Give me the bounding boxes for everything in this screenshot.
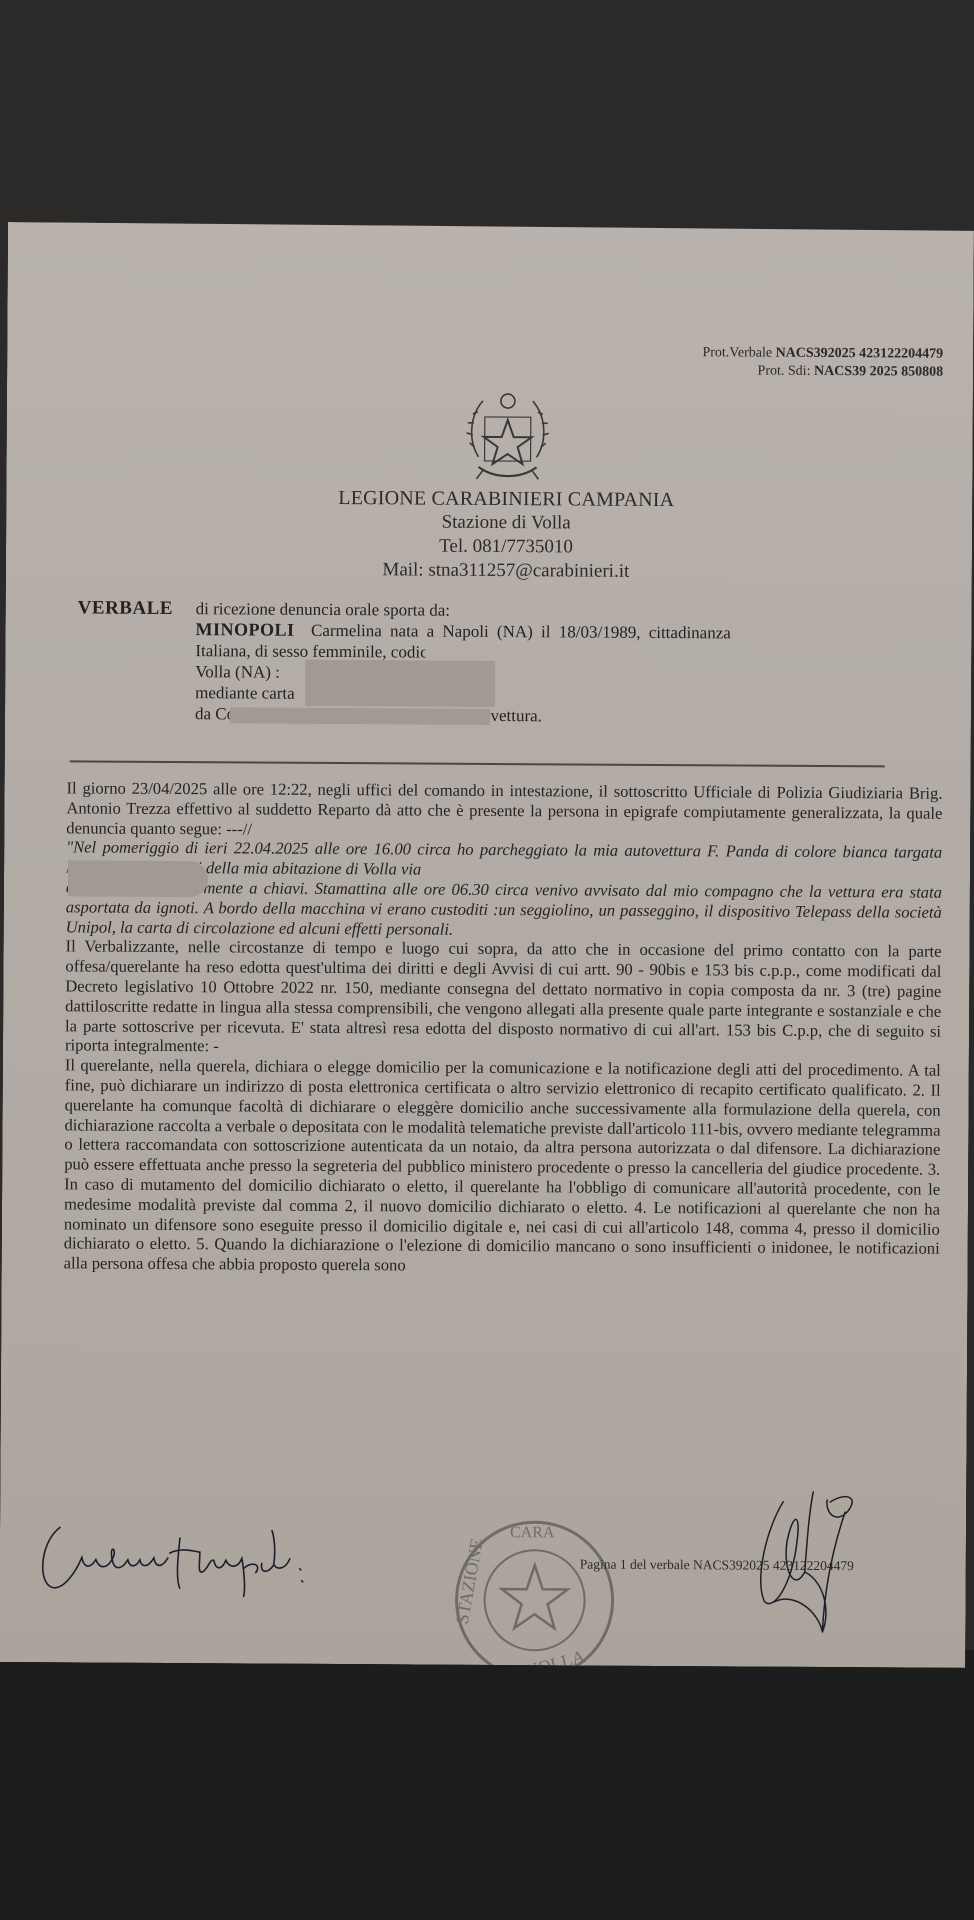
complainant-surname: MINOPOLI — [195, 619, 294, 640]
complainant-signature-icon — [30, 1507, 351, 1599]
redaction-street — [68, 860, 208, 897]
prot-sdi-number: NACS39 2025 850808 — [814, 364, 943, 380]
italian-republic-emblem-icon — [464, 387, 551, 484]
svg-text:CARA: CARA — [510, 1524, 555, 1541]
paragraph-art-153bis: Il querelante, nella querela, dichiara o… — [64, 1056, 941, 1279]
redaction-address — [305, 660, 495, 707]
official-stamp-icon: STAZIONE CARA VOLLA — [449, 1515, 620, 1686]
prot-verbale-number: NACS392025 423122204479 — [776, 346, 944, 362]
verbale-label: VERBALE — [78, 597, 173, 620]
prot-sdi-label: Prot. Sdi: — [758, 364, 811, 379]
station-mail: Mail: stna311257@carabinieri.it — [6, 556, 974, 586]
protocol-block: Prot.Verbale NACS392025 423122204479 Pro… — [702, 344, 943, 381]
desk-background — [0, 1650, 974, 1920]
letterhead: LEGIONE CARABINIERI CAMPANIA Stazione di… — [6, 484, 974, 586]
paragraph-rights-notice: Il Verbalizzante, nelle circostanze di t… — [65, 937, 942, 1061]
prot-verbale-label: Prot.Verbale — [702, 345, 772, 360]
svg-text:STAZIONE: STAZIONE — [452, 1537, 487, 1626]
document-page: Prot.Verbale NACS392025 423122204479 Pro… — [0, 222, 974, 1668]
redaction-address-2 — [495, 661, 655, 708]
redaction-fiscal-code — [425, 645, 615, 662]
complaint-body: Il giorno 23/04/2025 alle ore 12:22, neg… — [64, 778, 943, 1278]
officer-signature-icon — [734, 1481, 865, 1642]
complainant-details: Carmelina nata a Napoli (NA) il 18/03/19… — [311, 621, 731, 643]
redaction-id-card — [230, 707, 490, 725]
paragraph-opening: Il giorno 23/04/2025 alle ore 12:22, neg… — [66, 778, 942, 843]
separator-line — [70, 760, 885, 767]
